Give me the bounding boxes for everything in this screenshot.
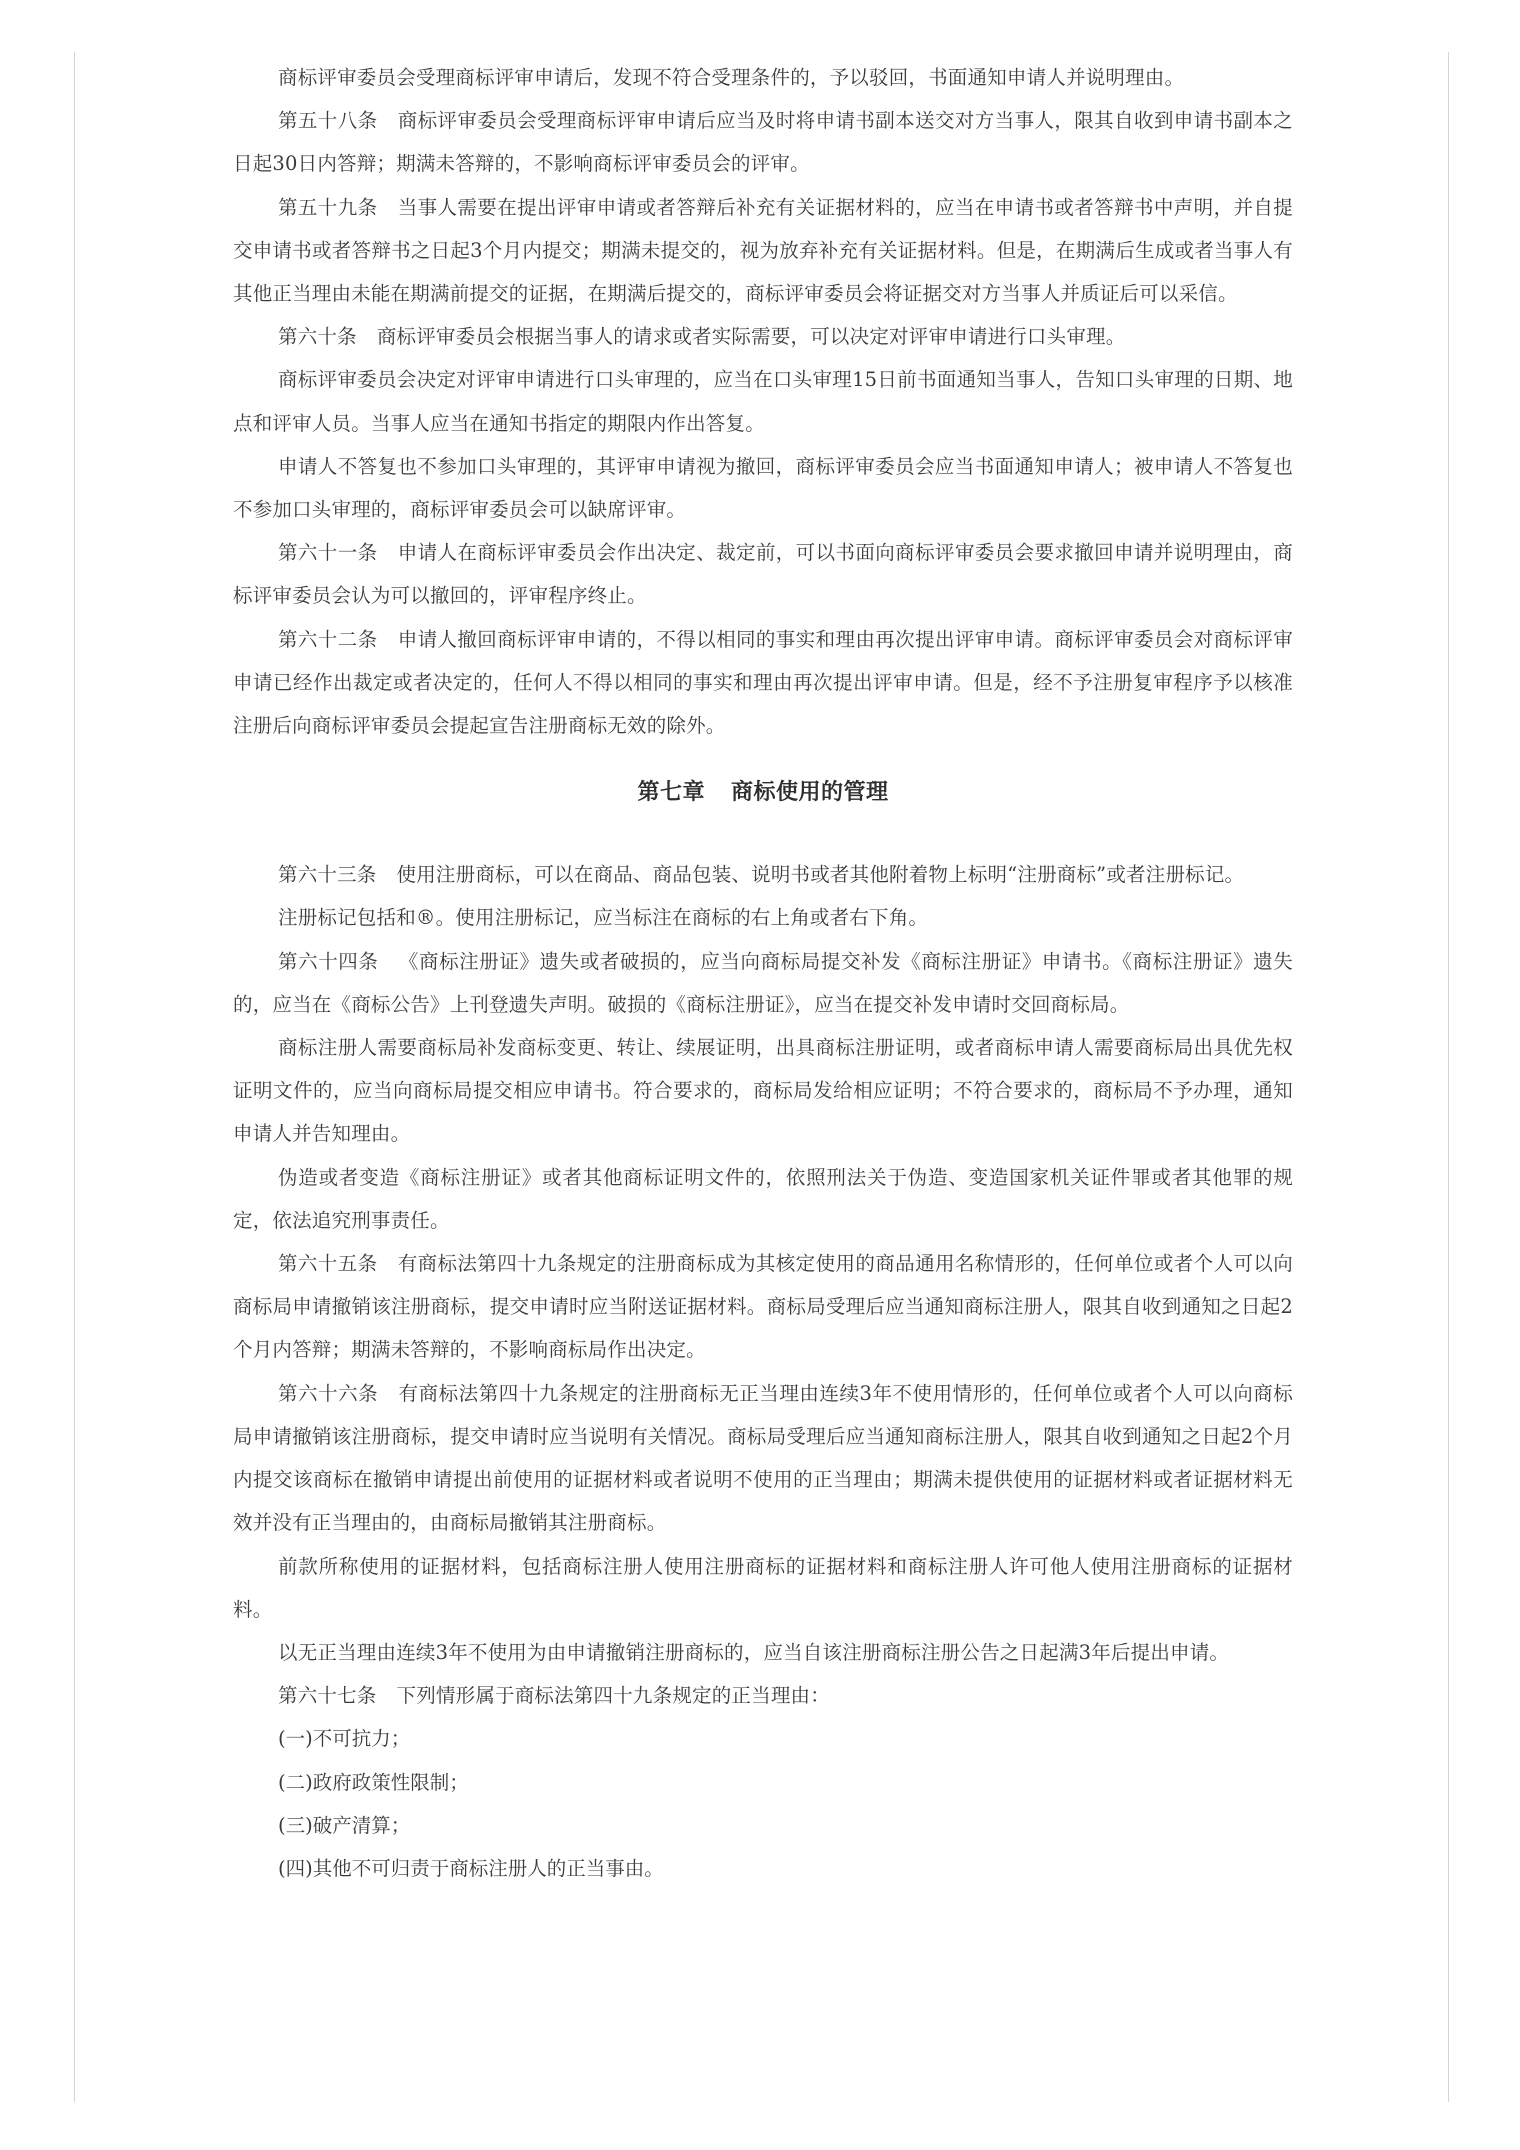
article-63: 第六十三条使用注册商标，可以在商品、商品包装、说明书或者其他附着物上标明“注册商… [233, 853, 1293, 896]
article-number: 第五十九条 [278, 196, 378, 219]
article-59: 第五十九条当事人需要在提出评审申请或者答辩后补充有关证据材料的，应当在申请书或者… [233, 186, 1293, 316]
paragraph-text: 《商标注册证》遗失或者破损的，应当向商标局提交补发《商标注册证》申请书。《商标注… [233, 950, 1293, 1016]
paragraph: 商标评审委员会决定对评审申请进行口头审理的，应当在口头审理15日前书面通知当事人… [233, 358, 1293, 444]
paragraph-text: 前款所称使用的证据材料，包括商标注册人使用注册商标的证据材料和商标注册人许可他人… [233, 1555, 1293, 1621]
paragraph: 商标注册人需要商标局补发商标变更、转让、续展证明，出具商标注册证明，或者商标申请… [233, 1026, 1293, 1156]
paragraph-text: 商标评审委员会受理商标评审申请后，发现不符合受理条件的，予以驳回，书面通知申请人… [278, 66, 1184, 89]
article-58: 第五十八条商标评审委员会受理商标评审申请后应当及时将申请书副本送交对方当事人，限… [233, 99, 1293, 185]
paragraph-text: 商标评审委员会受理商标评审申请后应当及时将申请书副本送交对方当事人，限其自收到申… [233, 109, 1293, 175]
paragraph-text: 商标注册人需要商标局补发商标变更、转让、续展证明，出具商标注册证明，或者商标申请… [233, 1036, 1293, 1145]
document-body: 商标评审委员会受理商标评审申请后，发现不符合受理条件的，予以驳回，书面通知申请人… [233, 56, 1293, 1890]
article-65: 第六十五条有商标法第四十九条规定的注册商标成为其核定使用的商品通用名称情形的，任… [233, 1242, 1293, 1372]
article-62: 第六十二条申请人撤回商标评审申请的，不得以相同的事实和理由再次提出评审申请。商标… [233, 618, 1293, 748]
paragraph-text: 使用注册商标，可以在商品、商品包装、说明书或者其他附着物上标明“注册商标”或者注… [397, 863, 1245, 886]
paragraph-text: 注册标记包括和®。使用注册标记，应当标注在商标的右上角或者右下角。 [278, 906, 928, 929]
chapter-number: 第七章 [637, 780, 705, 805]
paragraph: 注册标记包括和®。使用注册标记，应当标注在商标的右上角或者右下角。 [233, 896, 1293, 939]
chapter-heading: 第七章商标使用的管理 [233, 773, 1293, 813]
article-67: 第六十七条下列情形属于商标法第四十九条规定的正当理由： [233, 1674, 1293, 1717]
article-number: 第六十条 [278, 325, 357, 348]
paragraph-text: 申请人撤回商标评审申请的，不得以相同的事实和理由再次提出评审申请。商标评审委员会… [233, 628, 1293, 737]
article-66: 第六十六条有商标法第四十九条规定的注册商标无正当理由连续3年不使用情形的，任何单… [233, 1372, 1293, 1545]
chapter-title: 商标使用的管理 [731, 780, 889, 805]
article-number: 第六十三条 [278, 863, 377, 886]
paragraph: 伪造或者变造《商标注册证》或者其他商标证明文件的，依照刑法关于伪造、变造国家机关… [233, 1156, 1293, 1242]
paragraph-text: 商标评审委员会根据当事人的请求或者实际需要，可以决定对评审申请进行口头审理。 [377, 325, 1126, 348]
list-item: (二)政府政策性限制； [233, 1761, 1293, 1804]
paragraph: 申请人不答复也不参加口头审理的，其评审申请视为撤回，商标评审委员会应当书面通知申… [233, 445, 1293, 531]
article-number: 第六十六条 [278, 1382, 378, 1405]
paragraph-text: 商标评审委员会决定对评审申请进行口头审理的，应当在口头审理15日前书面通知当事人… [233, 368, 1293, 434]
article-64: 第六十四条《商标注册证》遗失或者破损的，应当向商标局提交补发《商标注册证》申请书… [233, 940, 1293, 1026]
list-item: (四)其他不可归责于商标注册人的正当事由。 [233, 1847, 1293, 1890]
paragraph-text: 申请人不答复也不参加口头审理的，其评审申请视为撤回，商标评审委员会应当书面通知申… [233, 455, 1293, 521]
paragraph-text: 当事人需要在提出评审申请或者答辩后补充有关证据材料的，应当在申请书或者答辩书中声… [233, 196, 1293, 305]
article-number: 第六十一条 [278, 541, 378, 564]
paragraph: 商标评审委员会受理商标评审申请后，发现不符合受理条件的，予以驳回，书面通知申请人… [233, 56, 1293, 99]
paragraph-text: 有商标法第四十九条规定的注册商标无正当理由连续3年不使用情形的，任何单位或者个人… [233, 1382, 1293, 1535]
article-number: 第六十四条 [278, 950, 378, 973]
paragraph-text: 申请人在商标评审委员会作出决定、裁定前，可以书面向商标评审委员会要求撤回申请并说… [233, 541, 1293, 607]
page-border-left [74, 52, 75, 2102]
article-number: 第六十七条 [278, 1684, 377, 1707]
paragraph-text: 伪造或者变造《商标注册证》或者其他商标证明文件的，依照刑法关于伪造、变造国家机关… [233, 1166, 1293, 1232]
article-number: 第六十五条 [278, 1252, 378, 1275]
paragraph-text: 以无正当理由连续3年不使用为由申请撤销注册商标的，应当自该注册商标注册公告之日起… [278, 1641, 1229, 1664]
article-61: 第六十一条申请人在商标评审委员会作出决定、裁定前，可以书面向商标评审委员会要求撤… [233, 531, 1293, 617]
paragraph: 前款所称使用的证据材料，包括商标注册人使用注册商标的证据材料和商标注册人许可他人… [233, 1545, 1293, 1631]
article-number: 第五十八条 [278, 109, 378, 132]
list-item: (一)不可抗力； [233, 1717, 1293, 1760]
paragraph-text: 下列情形属于商标法第四十九条规定的正当理由： [397, 1684, 830, 1707]
paragraph-text: 有商标法第四十九条规定的注册商标成为其核定使用的商品通用名称情形的，任何单位或者… [233, 1252, 1293, 1361]
article-60: 第六十条商标评审委员会根据当事人的请求或者实际需要，可以决定对评审申请进行口头审… [233, 315, 1293, 358]
list-item: (三)破产清算； [233, 1804, 1293, 1847]
article-number: 第六十二条 [278, 628, 378, 651]
paragraph: 以无正当理由连续3年不使用为由申请撤销注册商标的，应当自该注册商标注册公告之日起… [233, 1631, 1293, 1674]
page-border-right [1448, 52, 1449, 2102]
